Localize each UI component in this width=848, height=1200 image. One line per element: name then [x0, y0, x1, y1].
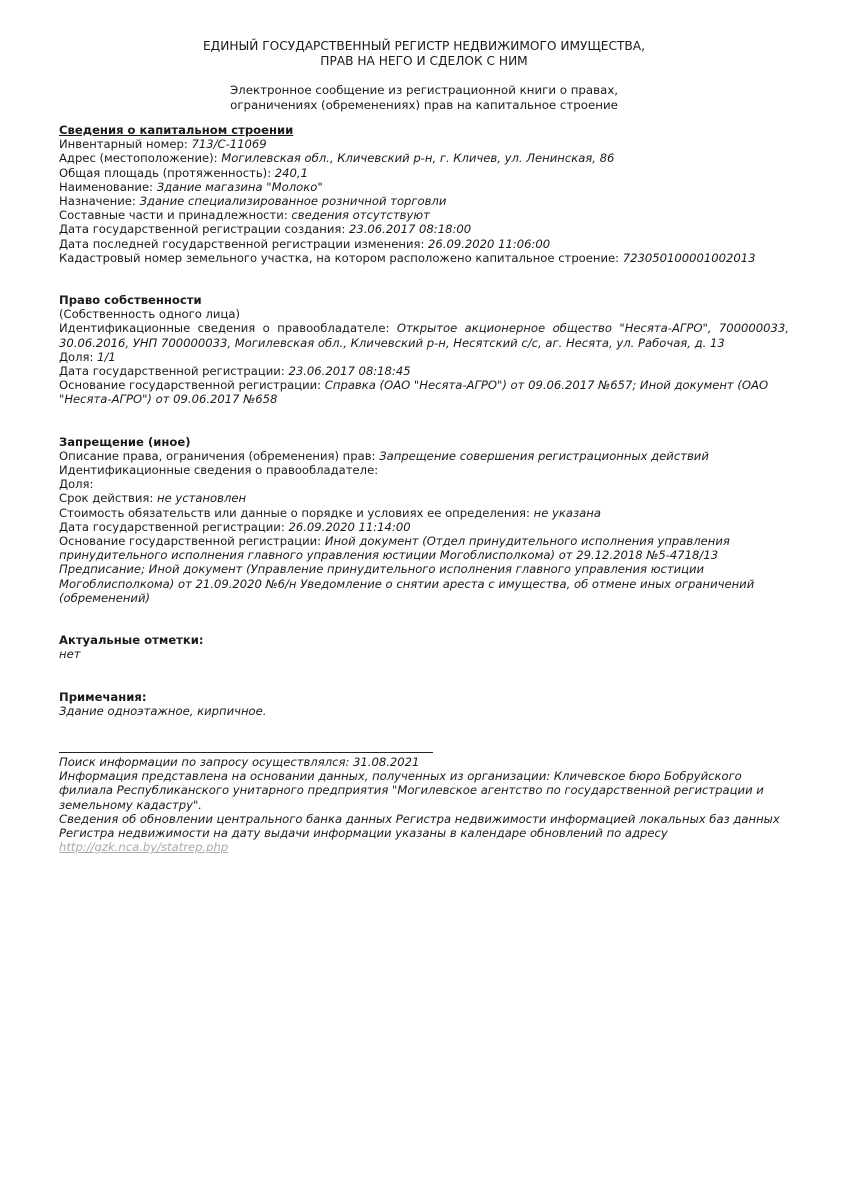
reg-date-label: Дата государственной регистрации:: [59, 520, 288, 534]
building-section-title: Сведения о капитальном строении: [59, 123, 789, 137]
prohibition-reg-date: Дата государственной регистрации: 26.09.…: [59, 520, 789, 534]
building-field-row: Наименование: Здание магазина "Молоко": [59, 180, 789, 194]
prohibition-holder: Идентификационные сведения о правооблада…: [59, 463, 789, 477]
document-subheader: Электронное сообщение из регистрационной…: [0, 83, 848, 113]
term-label: Срок действия:: [59, 491, 157, 505]
statrep-link[interactable]: http://gzk.nca.by/statrep.php: [59, 840, 228, 854]
subtitle-line-1: Электронное сообщение из регистрационной…: [0, 83, 848, 98]
share-value: 1/1: [97, 350, 116, 364]
term-value: не установлен: [157, 491, 246, 505]
building-field-row: Инвентарный номер: 713/С-11069: [59, 137, 789, 151]
building-field-row: Составные части и принадлежности: сведен…: [59, 208, 789, 222]
field-label: Инвентарный номер:: [59, 137, 191, 151]
holder-label: Идентификационные сведения о правооблада…: [59, 321, 397, 335]
header-title-line-2: ПРАВ НА НЕГО И СДЕЛОК С НИМ: [0, 54, 848, 69]
building-field-row: Назначение: Здание специализированное ро…: [59, 194, 789, 208]
subtitle-line-2: ограничениях (обременениях) прав на капи…: [0, 98, 848, 113]
prohibition-cost: Стоимость обязательств или данные о поря…: [59, 506, 789, 520]
field-label: Дата последней государственной регистрац…: [59, 237, 428, 251]
building-field-row: Дата последней государственной регистрац…: [59, 237, 789, 251]
notes-value: Здание одноэтажное, кирпичное.: [59, 704, 789, 718]
field-label: Составные части и принадлежности:: [59, 208, 291, 222]
share-label: Доля:: [59, 350, 97, 364]
field-value: 23.06.2017 08:18:00: [349, 222, 471, 236]
prohibition-term: Срок действия: не установлен: [59, 491, 789, 505]
basis-label: Основание государственной регистрации:: [59, 378, 325, 392]
field-value: 26.09.2020 11:06:00: [428, 237, 550, 251]
field-value: Здание магазина "Молоко": [157, 180, 323, 194]
notes-section: Примечания: Здание одноэтажное, кирпично…: [59, 690, 789, 718]
ownership-section-title: Право собственности: [59, 293, 789, 307]
footer-divider: [59, 752, 433, 753]
ownership-holder: Идентификационные сведения о правооблада…: [59, 321, 789, 349]
field-label: Дата государственной регистрации создани…: [59, 222, 349, 236]
building-section: Сведения о капитальном строении Инвентар…: [59, 123, 789, 265]
reg-date-value: 26.09.2020 11:14:00: [288, 520, 410, 534]
prohibition-description: Описание права, ограничения (обременения…: [59, 449, 789, 463]
building-field-row: Общая площадь (протяженность): 240,1: [59, 166, 789, 180]
reg-date-label: Дата государственной регистрации:: [59, 364, 288, 378]
field-value: Здание специализированное розничной торг…: [140, 194, 447, 208]
document-footer: Поиск информации по запросу осуществлялс…: [59, 755, 789, 854]
notes-title: Примечания:: [59, 690, 789, 704]
cost-value: не указана: [534, 506, 601, 520]
footer-source: Информация представлена на основании дан…: [59, 769, 789, 812]
basis-label: Основание государственной регистрации:: [59, 534, 325, 548]
ownership-share: Доля: 1/1: [59, 350, 789, 364]
description-label: Описание права, ограничения (обременения…: [59, 449, 379, 463]
prohibition-section-title: Запрещение (иное): [59, 435, 789, 449]
building-field-row: Дата государственной регистрации создани…: [59, 222, 789, 236]
cost-label: Стоимость обязательств или данные о поря…: [59, 506, 534, 520]
ownership-section: Право собственности (Собственность одног…: [59, 293, 789, 407]
field-value: 713/С-11069: [191, 137, 266, 151]
document-page: ЕДИНЫЙ ГОСУДАРСТВЕННЫЙ РЕГИСТР НЕДВИЖИМО…: [0, 0, 848, 1200]
document-header: ЕДИНЫЙ ГОСУДАРСТВЕННЫЙ РЕГИСТР НЕДВИЖИМО…: [0, 39, 848, 69]
current-marks-value: нет: [59, 647, 789, 661]
field-value: 723050100001002013: [623, 251, 756, 265]
ownership-reg-date: Дата государственной регистрации: 23.06.…: [59, 364, 789, 378]
current-marks-section: Актуальные отметки: нет: [59, 633, 789, 661]
reg-date-value: 23.06.2017 08:18:45: [288, 364, 410, 378]
prohibition-share: Доля:: [59, 477, 789, 491]
field-label: Наименование:: [59, 180, 157, 194]
prohibition-basis: Основание государственной регистрации: И…: [59, 534, 789, 605]
ownership-basis: Основание государственной регистрации: С…: [59, 378, 789, 406]
field-value: сведения отсутствуют: [291, 208, 429, 222]
field-label: Адрес (местоположение):: [59, 151, 221, 165]
current-marks-title: Актуальные отметки:: [59, 633, 789, 647]
ownership-subtitle: (Собственность одного лица): [59, 307, 789, 321]
field-label: Кадастровый номер земельного участка, на…: [59, 251, 623, 265]
building-fields: Инвентарный номер: 713/С-11069Адрес (мес…: [59, 137, 789, 265]
field-value: 240,1: [275, 166, 308, 180]
footer-update-info: Сведения об обновлении центрального банк…: [59, 812, 789, 840]
building-field-row: Адрес (местоположение): Могилевская обл.…: [59, 151, 789, 165]
document-body: Сведения о капитальном строении Инвентар…: [59, 123, 789, 854]
header-title-line-1: ЕДИНЫЙ ГОСУДАРСТВЕННЫЙ РЕГИСТР НЕДВИЖИМО…: [0, 39, 848, 54]
field-value: Могилевская обл., Кличевский р-н, г. Кли…: [221, 151, 614, 165]
description-value: Запрещение совершения регистрационных де…: [379, 449, 709, 463]
field-label: Общая площадь (протяженность):: [59, 166, 275, 180]
footer-search-date: Поиск информации по запросу осуществлялс…: [59, 755, 789, 769]
building-field-row: Кадастровый номер земельного участка, на…: [59, 251, 789, 265]
field-label: Назначение:: [59, 194, 140, 208]
prohibition-section: Запрещение (иное) Описание права, ограни…: [59, 435, 789, 605]
